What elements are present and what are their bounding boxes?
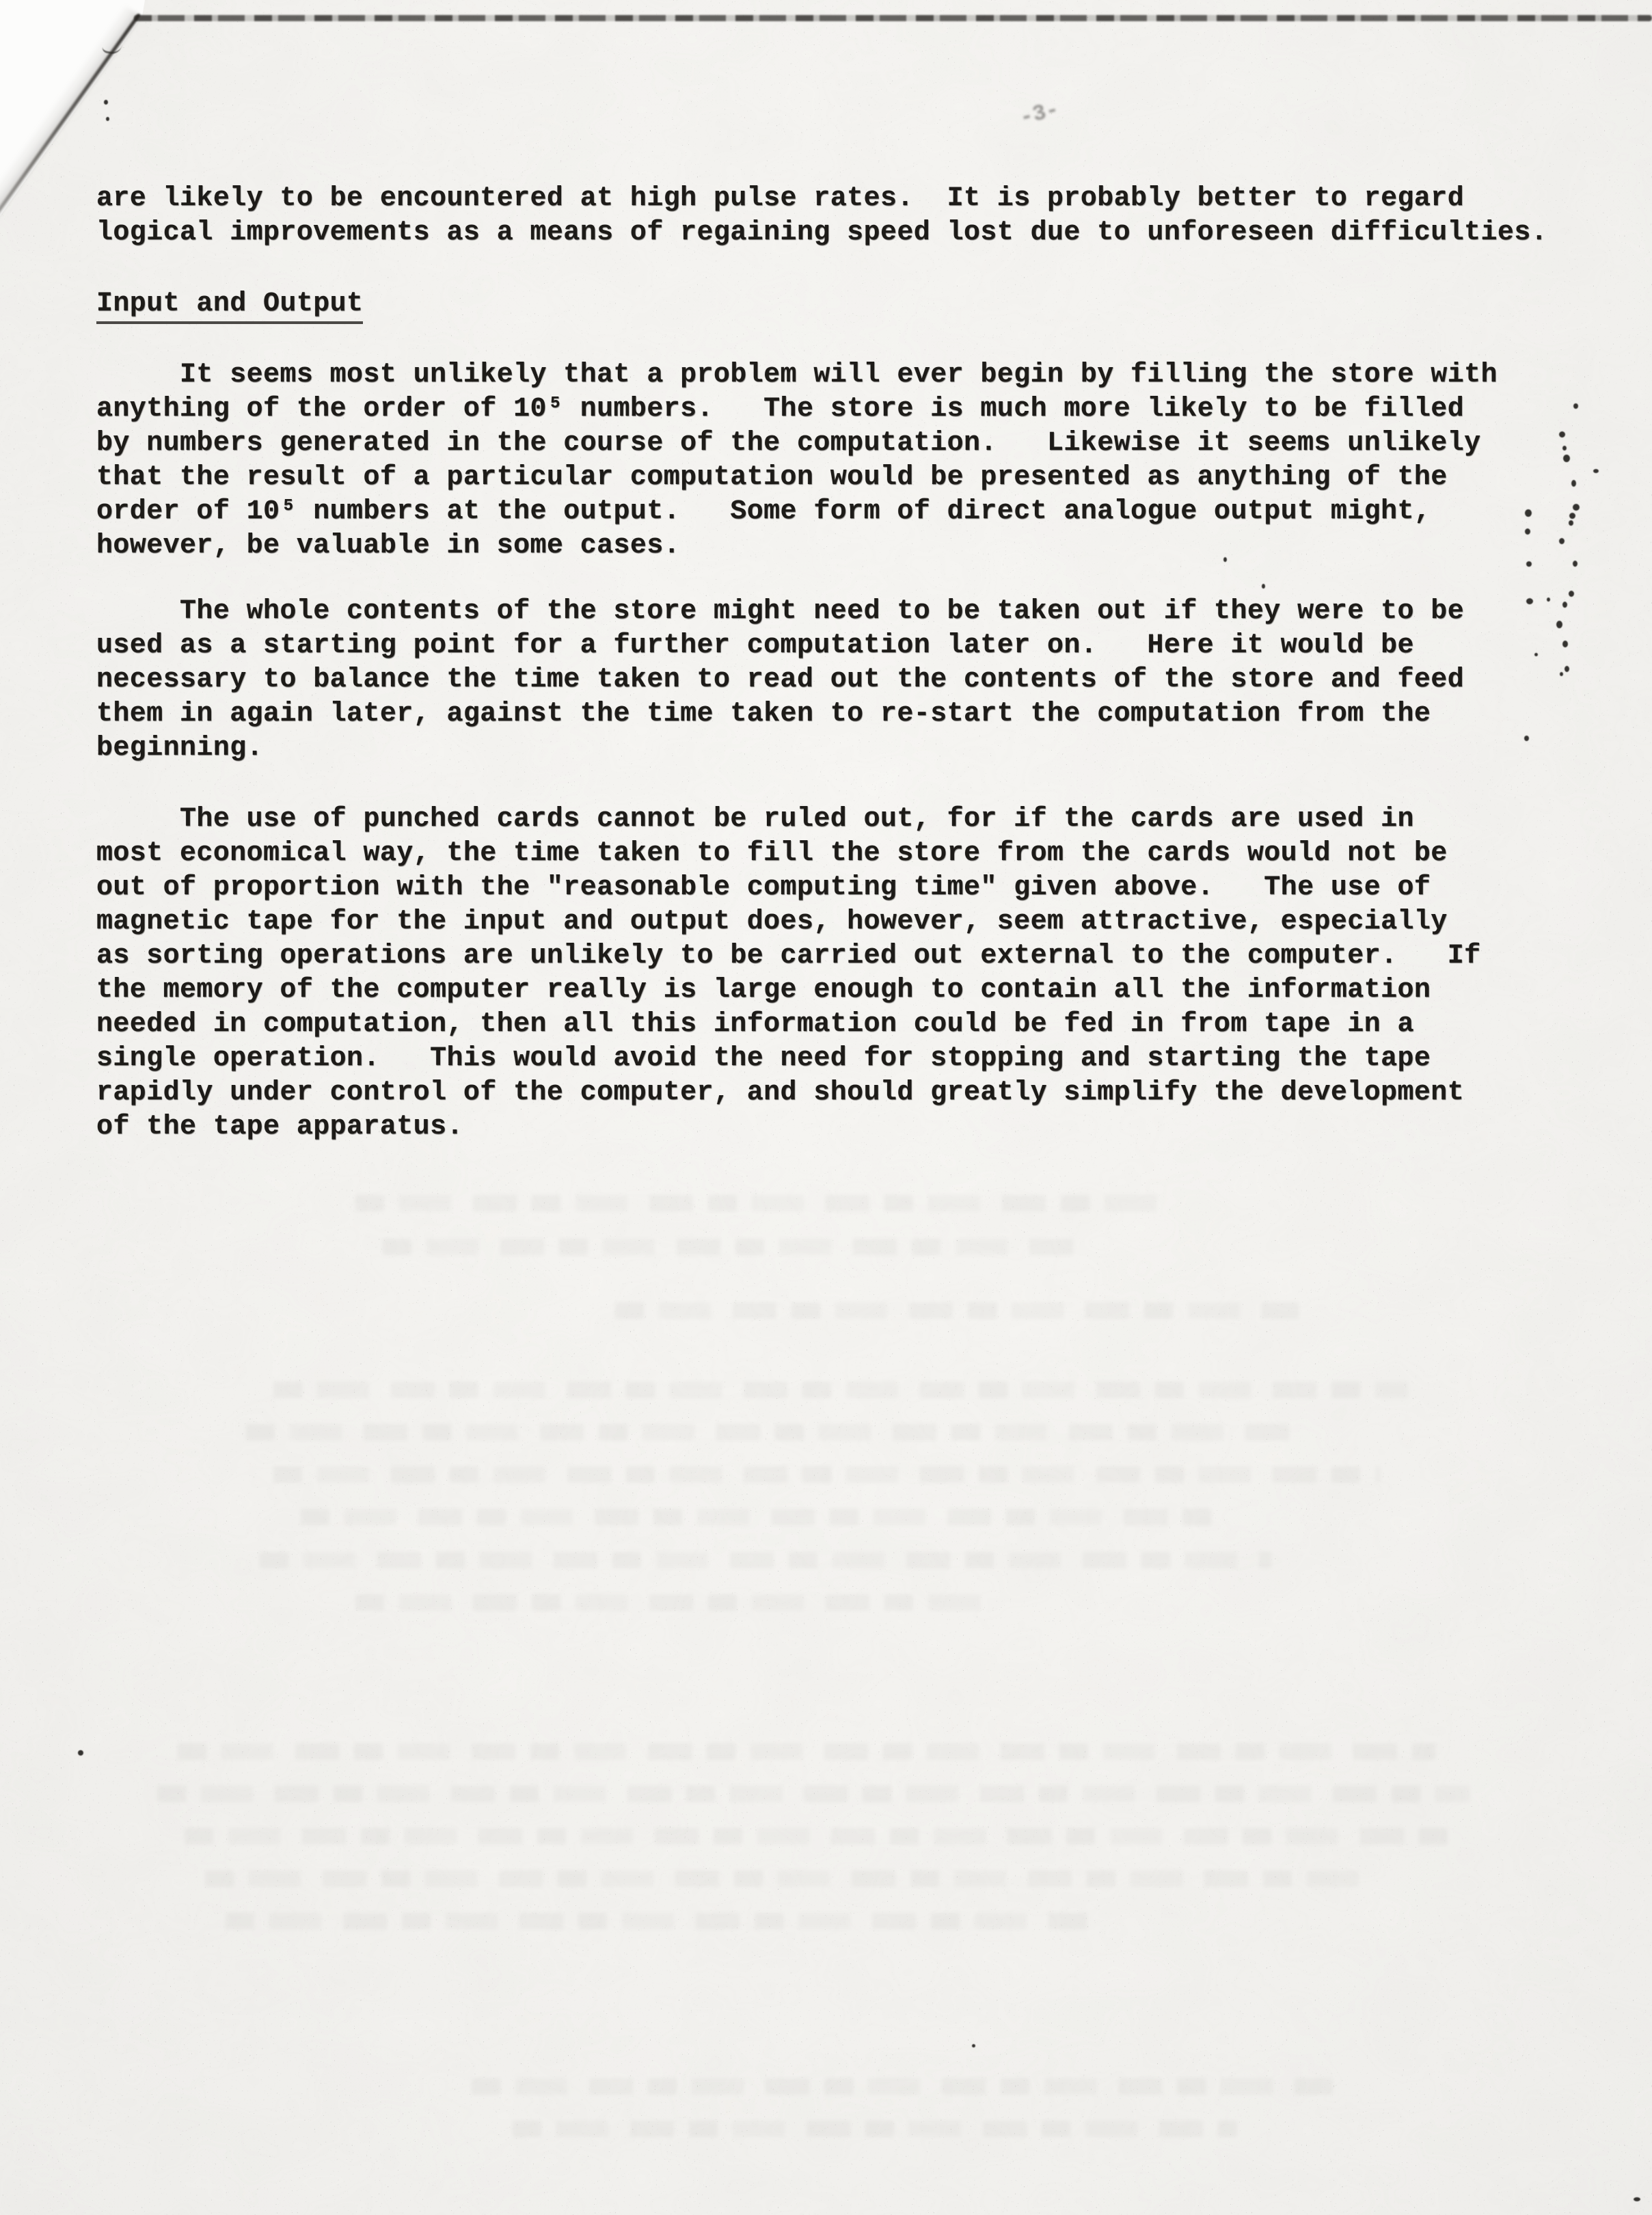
text-line: out of proportion with the "reasonable c… xyxy=(96,871,1481,905)
scanned-document-page: -3- are likely to be encountered at high… xyxy=(0,0,1652,2215)
text-line: that the result of a particular computat… xyxy=(96,461,1498,495)
text-line: most economical way, the time taken to f… xyxy=(96,837,1481,871)
paragraph-store-contents: The whole contents of the store might ne… xyxy=(96,595,1464,766)
noise-speck xyxy=(104,100,108,105)
noise-speck xyxy=(1525,528,1530,535)
bleedthrough-band xyxy=(178,1743,1435,1760)
text-line: order of 10⁵ numbers at the output. Some… xyxy=(96,495,1498,529)
bleedthrough-band xyxy=(355,1594,984,1611)
text-line: needed in computation, then all this inf… xyxy=(96,1008,1481,1042)
text-line: magnetic tape for the input and output d… xyxy=(96,905,1481,939)
noise-speck xyxy=(1573,561,1577,567)
noise-speck xyxy=(1223,557,1227,562)
page-number-mark: -3- xyxy=(1017,97,1061,131)
noise-speck xyxy=(1571,480,1576,487)
text-line: as sorting operations are unlikely to be… xyxy=(96,939,1481,974)
paragraph-punched-cards-tape: The use of punched cards cannot be ruled… xyxy=(96,803,1481,1144)
bleedthrough-band xyxy=(205,1870,1367,1887)
text-line: beginning. xyxy=(96,731,1464,766)
noise-speck xyxy=(1559,431,1565,438)
noise-speck xyxy=(1562,446,1567,451)
bleedthrough-band xyxy=(226,1913,1087,1929)
paragraph-store-filling: It seems most unlikely that a problem wi… xyxy=(96,358,1498,563)
noise-speck xyxy=(1569,520,1573,526)
bleedthrough-band xyxy=(185,1828,1456,1844)
text-line: used as a starting point for a further c… xyxy=(96,629,1464,663)
paragraph-continuation: are likely to be encountered at high pul… xyxy=(96,182,1547,250)
section-heading-text: Input and Output xyxy=(96,288,363,324)
bleedthrough-band xyxy=(157,1786,1470,1802)
text-line: are likely to be encountered at high pul… xyxy=(96,182,1547,216)
noise-speck xyxy=(106,117,109,121)
noise-speck xyxy=(972,2044,975,2048)
noise-speck xyxy=(1562,641,1568,647)
noise-speck xyxy=(1573,504,1580,511)
noise-speck xyxy=(1569,591,1574,597)
text-line: by numbers generated in the course of th… xyxy=(96,427,1498,461)
noise-speck xyxy=(78,1750,83,1756)
noise-speck xyxy=(1525,509,1532,517)
text-line: It seems most unlikely that a problem wi… xyxy=(96,358,1498,392)
noise-speck xyxy=(1562,602,1567,608)
bleedthrough-band xyxy=(383,1239,1080,1255)
noise-speck xyxy=(1634,2197,1640,2201)
noise-speck xyxy=(1565,666,1569,672)
text-line: The whole contents of the store might ne… xyxy=(96,595,1464,629)
noise-speck xyxy=(1526,598,1533,604)
noise-speck xyxy=(1524,736,1529,741)
noise-speck xyxy=(1556,621,1562,628)
bleedthrough-band xyxy=(301,1509,1217,1525)
text-line: however, be valuable in some cases. xyxy=(96,529,1498,563)
bleedthrough-band xyxy=(472,2078,1333,2095)
bleedthrough-band xyxy=(355,1195,1162,1211)
bleedthrough-band xyxy=(513,2121,1237,2137)
noise-speck xyxy=(1573,403,1578,409)
bleedthrough-band xyxy=(273,1466,1381,1483)
bleedthrough-band xyxy=(615,1302,1299,1319)
text-line: logical improvements as a means of regai… xyxy=(96,216,1547,250)
text-line: The use of punched cards cannot be ruled… xyxy=(96,803,1481,837)
noise-speck xyxy=(1593,469,1599,473)
text-line: them in again later, against the time ta… xyxy=(96,697,1464,731)
noise-speck xyxy=(1526,561,1532,567)
bleedthrough-band xyxy=(246,1424,1299,1440)
bleedthrough-band xyxy=(260,1552,1271,1568)
noise-speck xyxy=(1560,672,1563,676)
text-line: rapidly under control of the computer, a… xyxy=(96,1076,1481,1110)
text-line: of the tape apparatus. xyxy=(96,1110,1481,1144)
noise-speck xyxy=(1534,653,1538,656)
text-line: necessary to balance the time taken to r… xyxy=(96,663,1464,697)
bleedthrough-band xyxy=(273,1382,1408,1398)
section-heading-input-and-output: Input and Output xyxy=(96,287,363,321)
noise-speck xyxy=(1563,455,1570,462)
noise-speck xyxy=(1559,538,1565,544)
noise-speck xyxy=(1262,584,1265,589)
text-line: anything of the order of 10⁵ numbers. Th… xyxy=(96,392,1498,427)
noise-speck xyxy=(1569,513,1575,519)
scan-top-edge xyxy=(134,15,1652,21)
text-line: single operation. This would avoid the n… xyxy=(96,1042,1481,1076)
text-line: the memory of the computer really is lar… xyxy=(96,974,1481,1008)
noise-speck xyxy=(1547,598,1550,602)
